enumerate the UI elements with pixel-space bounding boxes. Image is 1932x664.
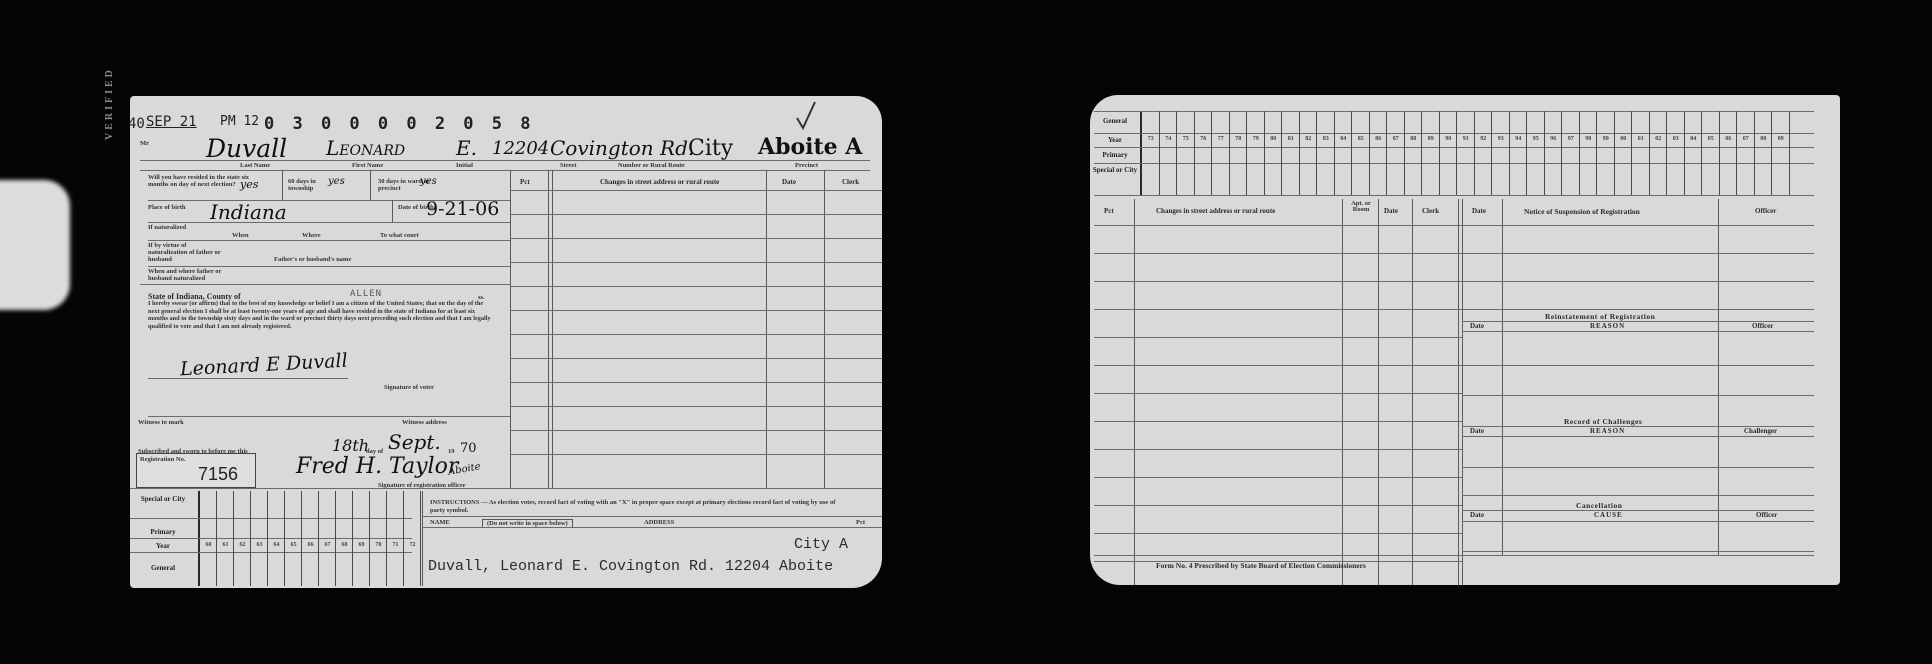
- voter-registration-card-front: 40 SEP 21 PM 12 0 3 0 0 0 0 2 0 5 8 Mr D…: [130, 96, 882, 588]
- subscribed-month: Sept.: [388, 430, 441, 454]
- back-changes-header-apt: Apt. or Room: [1344, 201, 1378, 213]
- number-rural-label: Number or Rural Route: [618, 162, 685, 169]
- year-cell: 81: [1282, 136, 1300, 142]
- challenges-header-challenger: Challenger: [1744, 427, 1777, 435]
- year-cell: 71: [387, 542, 404, 548]
- year-cell: 06: [1720, 136, 1738, 142]
- back-changes-header-clerk: Clerk: [1422, 207, 1439, 215]
- year-cell: 70: [370, 542, 387, 548]
- challenges-title: Record of Challenges: [1564, 417, 1642, 426]
- year-cell: 05: [1702, 136, 1720, 142]
- year-cell: 76: [1195, 136, 1213, 142]
- left-year-row: 60 61 62 63 64 65 66 67 68 69 70 71 72: [200, 542, 421, 548]
- when-where-father-label: When and where father or husband natural…: [148, 268, 238, 282]
- voter-registration-card-back: General Year Primary Special or City 73 …: [1090, 95, 1840, 585]
- date-of-birth-value: 9-21-06: [426, 198, 499, 220]
- changes-header-address: Changes in street address or rural route: [600, 178, 719, 186]
- year-cell: 67: [319, 542, 336, 548]
- changes-header-date: Date: [782, 178, 796, 186]
- subscribed-day: 18th: [332, 436, 369, 455]
- year-cell: 64: [268, 542, 285, 548]
- last-name-label: Last Name: [240, 162, 270, 169]
- street-number-value: 12204: [492, 138, 549, 159]
- verified-side-mark: VERIFIED: [104, 67, 115, 140]
- back-changes-header-pct: Pct: [1104, 207, 1114, 215]
- year-cell: 77: [1212, 136, 1230, 142]
- year-cell: 90: [1440, 136, 1458, 142]
- residency-answer: yes: [240, 178, 258, 191]
- voter-signature: Leonard E Duvall: [180, 350, 349, 381]
- year-cell: 86: [1370, 136, 1388, 142]
- adjacent-card-edge: [0, 180, 70, 310]
- initial-label: Initial: [456, 162, 473, 169]
- form-footer: Form No. 4 Prescribed by State Board of …: [1156, 561, 1366, 570]
- name-column-label: NAME: [430, 519, 450, 526]
- precinct-label: Precinct: [795, 162, 818, 169]
- right-election-grid-columns: [1142, 111, 1790, 195]
- last-name-value: Duvall: [206, 134, 287, 163]
- year-cell: 98: [1580, 136, 1598, 142]
- left-election-grid-columns: [200, 491, 421, 586]
- year-cell: 74: [1160, 136, 1178, 142]
- suspension-header-date: Date: [1472, 207, 1486, 215]
- subscribed-year: 70: [460, 441, 477, 456]
- reinstatement-header-officer: Officer: [1752, 322, 1773, 330]
- year-cell: 94: [1510, 136, 1528, 142]
- to-what-court-label: To what court: [380, 232, 419, 239]
- year-cell: 82: [1300, 136, 1318, 142]
- checkmark: [795, 100, 817, 130]
- challenges-header-reason: REASON: [1590, 427, 1625, 435]
- year-cell: 79: [1247, 136, 1265, 142]
- stamp-prefix: 40: [130, 116, 145, 132]
- grid-label-primary: Primary: [130, 528, 196, 536]
- suspension-header-officer: Officer: [1755, 207, 1776, 215]
- year-cell: 66: [302, 542, 319, 548]
- reinstatement-title: Reinstatement of Registration: [1545, 312, 1655, 321]
- year-cell: 93: [1492, 136, 1510, 142]
- year-cell: 75: [1177, 136, 1195, 142]
- title-prefix: Mr: [140, 140, 149, 147]
- changes-header-pct: Pct: [520, 178, 530, 186]
- where-label: Where: [302, 232, 321, 239]
- grid-label-special: Special or City: [1092, 167, 1138, 174]
- year-cell: 63: [251, 542, 268, 548]
- oath-text: I hereby swear (or affirm) that to the b…: [148, 300, 496, 330]
- year-cell: 87: [1387, 136, 1405, 142]
- fathers-name-label: Father's or husband's name: [274, 256, 351, 263]
- typed-name-address-line: Duvall, Leonard E. Covington Rd. 12204 A…: [428, 558, 833, 575]
- year-cell: 92: [1475, 136, 1493, 142]
- signature-of-voter-label: Signature of voter: [384, 384, 434, 391]
- address-column-label: ADDRESS: [644, 519, 674, 526]
- year-cell: 03: [1667, 136, 1685, 142]
- witness-address-label: Witness address: [402, 419, 447, 426]
- township-answer: yes: [328, 176, 345, 187]
- street-value: Covington Rd.: [550, 136, 694, 160]
- year-cell: 89: [1422, 136, 1440, 142]
- year-cell: 83: [1317, 136, 1335, 142]
- cancellation-header-officer: Officer: [1756, 511, 1777, 519]
- ward-answer: yes: [420, 176, 437, 187]
- first-name-value: Leonard: [326, 136, 405, 160]
- witness-to-mark-label: Witness to mark: [138, 419, 184, 426]
- street-label: Street: [560, 162, 576, 169]
- year-cell: 97: [1562, 136, 1580, 142]
- grid-label-year: Year: [1092, 136, 1138, 144]
- year-cell: 80: [1265, 136, 1283, 142]
- year-cell: 07: [1737, 136, 1755, 142]
- year-cell: 78: [1230, 136, 1248, 142]
- typed-city-line: City A: [794, 536, 848, 553]
- year-cell: 04: [1685, 136, 1703, 142]
- changes-header-clerk: Clerk: [842, 178, 859, 186]
- year-cell: 62: [234, 542, 251, 548]
- cancellation-header-date: Date: [1470, 511, 1484, 519]
- reinstatement-header-date: Date: [1470, 322, 1484, 330]
- grid-label-primary: Primary: [1092, 151, 1138, 159]
- place-of-birth-value: Indiana: [210, 200, 287, 224]
- year-cell: 72: [404, 542, 421, 548]
- grid-label-general: General: [130, 564, 196, 572]
- initial-value: E.: [456, 136, 477, 160]
- stamp-time: PM 12: [220, 114, 259, 129]
- year-cell: 84: [1335, 136, 1353, 142]
- right-year-row: 73 74 75 76 77 78 79 80 81 82 83 84 85 8…: [1142, 136, 1790, 142]
- reinstatement-header-reason: REASON: [1590, 322, 1625, 330]
- back-changes-header-date: Date: [1384, 207, 1398, 215]
- cancellation-title: Cancellation: [1576, 501, 1622, 510]
- year-cell: 88: [1405, 136, 1423, 142]
- place-of-birth-label: Place of birth: [148, 204, 188, 211]
- stamp-serial-number: 0 3 0 0 0 0 2 0 5 8: [264, 114, 534, 134]
- registrar-signature: Fred H. Taylor: [296, 454, 458, 479]
- first-name-label: First Name: [352, 162, 383, 169]
- year-cell: 65: [285, 542, 302, 548]
- year-cell: 01: [1632, 136, 1650, 142]
- grid-label-special: Special or City: [130, 496, 196, 503]
- year-cell: 00: [1615, 136, 1633, 142]
- year-cell: 73: [1142, 136, 1160, 142]
- pct-column-label: Pct: [856, 519, 865, 526]
- city-value: City: [688, 136, 733, 161]
- when-label: When: [232, 232, 249, 239]
- challenges-header-date: Date: [1470, 427, 1484, 435]
- registration-number-value: 7156: [198, 464, 238, 485]
- year-cell: 61: [217, 542, 234, 548]
- year-cell: 69: [353, 542, 370, 548]
- instructions-text: INSTRUCTIONS — As election votes, record…: [430, 499, 850, 515]
- stamp-date: SEP 21: [146, 114, 197, 130]
- registration-no-label: Registration No.: [140, 456, 186, 463]
- year-cell: 02: [1650, 136, 1668, 142]
- year-cell: 96: [1545, 136, 1563, 142]
- year-cell: 91: [1457, 136, 1475, 142]
- year-cell: 08: [1755, 136, 1773, 142]
- naturalized-label: If naturalized: [148, 224, 198, 231]
- suspension-header-notice: Notice of Suspension of Registration: [1524, 207, 1640, 216]
- county-value: ALLEN: [350, 289, 382, 299]
- year-cell: 85: [1352, 136, 1370, 142]
- year-cell: 68: [336, 542, 353, 548]
- cancellation-header-cause: CAUSE: [1594, 511, 1623, 519]
- year-cell: 09: [1772, 136, 1790, 142]
- back-changes-header-address: Changes in street address or rural route: [1156, 207, 1275, 215]
- year-cell: 95: [1527, 136, 1545, 142]
- grid-label-general: General: [1092, 117, 1138, 125]
- grid-label-year: Year: [130, 542, 196, 550]
- year-cell: 60: [200, 542, 217, 548]
- year-cell: 99: [1597, 136, 1615, 142]
- by-virtue-label: If by virtue of naturalization of father…: [148, 242, 226, 263]
- precinct-value: Aboite A: [758, 134, 862, 160]
